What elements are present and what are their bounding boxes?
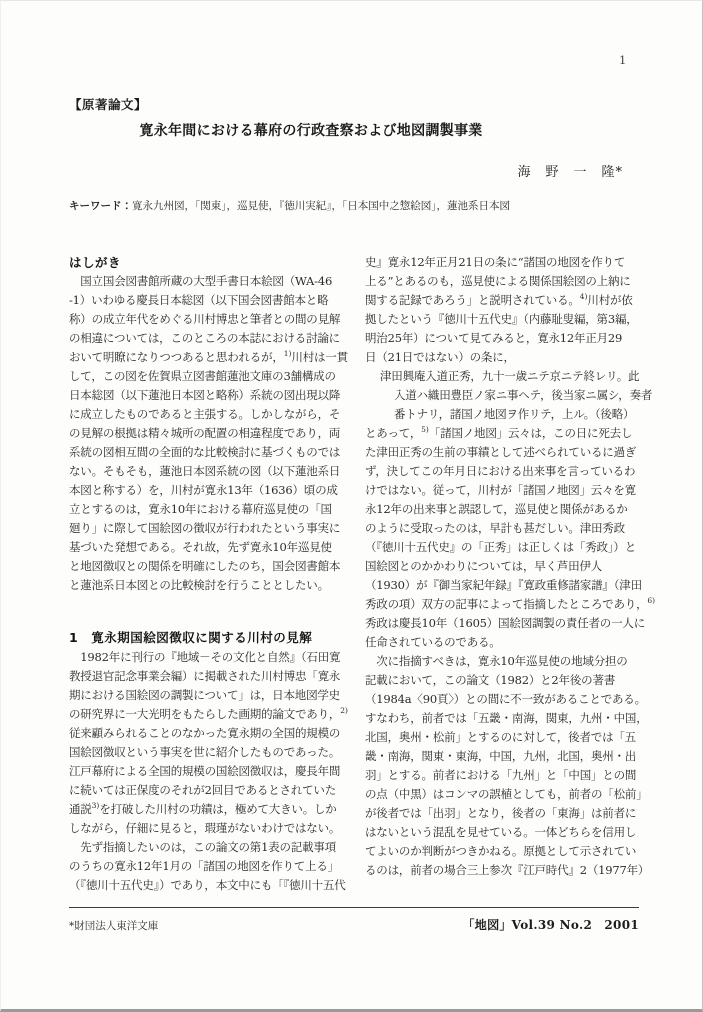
text-line: 教授退官記念事業会編）に掲載された川村博忠「寛永 <box>69 667 353 686</box>
text-line: （1930）が『御当家紀年録』『寛政重修諸家譜』（津田 <box>365 576 649 595</box>
text-line: 秀政は慶長10年（1605）国絵図調製の責任者の一人に <box>365 614 649 633</box>
text-line: 本図と称する）を，川村が寛永13年（1636）頃の成 <box>69 481 353 500</box>
footnote-marker: 1) <box>284 349 292 358</box>
text-line: 先ず指摘したいのは，この論文の第1表の記載事項 <box>69 838 353 857</box>
preface-paragraph: 国立国会図書館所蔵の大型手書日本絵図（WA‐46‐1）いわゆる慶長日本総図（以下… <box>69 272 353 595</box>
section1-paragraph-2: 先ず指摘したいのは，この論文の第1表の記載事項のうちの寛永12年1月の「諸国の地… <box>69 838 353 895</box>
text-line: 国絵図徴収という事実を世に紹介したものであった。 <box>69 743 353 762</box>
text-line: のように受取ったのは，早計も甚だしい。津田秀政 <box>365 519 649 538</box>
author-name: 海 野 一 隆* <box>1 161 623 180</box>
text-line: 称）の成立年代をめぐる川村博忠と筆者との間の見解 <box>69 310 353 329</box>
text-line: 1982年に刊行の『地域－その文化と自然』（石田寛 <box>69 648 353 667</box>
journal-citation: 「地図」Vol.39 No.2 2001 <box>462 916 639 933</box>
text-line: てよいのか判断がつきかねる。原拠として示されてい <box>365 842 649 861</box>
text-line: 期における国絵図の調製について」は，日本地図学史 <box>69 686 353 705</box>
text-line: の見解の根拠は精々城所の配置の相違程度であり，両 <box>69 424 353 443</box>
paper-title: 寛永年間における幕府の行政査察および地図調製事業 <box>1 120 621 140</box>
text-line: ず，決してこの年月日における出来事を言っているわ <box>365 462 649 481</box>
text-line: 入道ハ織田豊臣ノ家ニ事ヘテ，後当家ニ属シ，奏者 <box>365 386 649 405</box>
text-line: の相違については，このところの本誌における討論に <box>69 329 353 348</box>
footnote-marker: 2) <box>340 706 348 715</box>
right-paragraph-2: とあって，5)「諸国ノ地図」云々は，この日に死去した津田正秀の生前の事績として述… <box>365 424 649 652</box>
right-paragraph-1: 史』寛永12年正月21日の条に“諸国の地図を作りて上る”とあるのも，巡見使による… <box>365 253 649 367</box>
text-line: しながら，仔細に見ると，瑕瑾がないわけではない。 <box>69 819 353 838</box>
footnote-marker: 6) <box>647 596 655 605</box>
text-line: して，この図を佐賀県立図書館蓮池文庫の3舗構成の <box>69 367 353 386</box>
article-type-label: 【原著論文】 <box>69 95 147 113</box>
text-line: 畿・南海，関東・東海，中国，九州，北国，奥州・出 <box>365 747 649 766</box>
text-line: おいて明瞭になりつつあると思われるが，1)川村は一貫 <box>69 348 353 367</box>
text-line: 永12年の出来事と誤認して，巡見使と関係があるか <box>365 500 649 519</box>
text-line: 拠したという『徳川十五代史』（内藤耻叟編，第3編， <box>365 310 649 329</box>
footnote-marker: 5) <box>421 425 429 434</box>
text-line: 国立国会図書館所蔵の大型手書日本絵図（WA‐46 <box>69 272 353 291</box>
author-affiliation-note: *財団法人東洋文庫 <box>69 918 158 933</box>
text-line: るのは，前者の場合三上参次『江戸時代』2（1977年） <box>365 861 649 880</box>
text-line: 北国，奥州・松前」とするのに対して，後者では「五 <box>365 728 649 747</box>
right-paragraph-3: 次に指摘すべきは，寛永10年巡見使の地域分担の記載において，この論文（1982）… <box>365 652 649 880</box>
paper-page: 1 【原著論文】 寛永年間における幕府の行政査察および地図調製事業 海 野 一 … <box>0 0 703 1012</box>
text-line: 番トナリ，諸国ノ地図ヲ作リテ，上ル。（後略） <box>365 405 649 424</box>
text-line: 国絵図とのかかわりについては，早く芦田伊人 <box>365 557 649 576</box>
text-line: （『徳川十五代史』の「正秀」は正しくは「秀政」）と <box>365 538 649 557</box>
page-number: 1 <box>619 53 626 67</box>
keywords-line: キーワード：寛永九州図，「関東」，巡見使，『徳川実紀』，「日本国中之惣絵図」，蓮… <box>69 198 649 213</box>
text-line: に成立したものであると主張する。しかしながら，そ <box>69 405 353 424</box>
text-line: の点（中黒）はコンマの誤植としても，前者の「松前」 <box>365 785 649 804</box>
text-line: 江戸幕府による全国的規模の国絵図徴収は，慶長年間 <box>69 762 353 781</box>
text-line: ない。そもそも，蓮池日本図系統の図（以下蓮池系日 <box>69 462 353 481</box>
preface-heading: はしがき <box>69 253 353 272</box>
text-line: 日本総図（以下蓮池日本図と略称）系統の図出現以降 <box>69 386 353 405</box>
text-line: 任命されているのである。 <box>365 633 649 652</box>
text-line: と地図徴収との関係を明確にしたのち，国会図書館本 <box>69 557 353 576</box>
footnote-marker: 3) <box>92 801 100 810</box>
text-line: とあって，5)「諸国ノ地図」云々は，この日に死去し <box>365 424 649 443</box>
text-line: 廻り」に際して国絵図の徴収が行われたという事実に <box>69 519 353 538</box>
left-column: はしがき 国立国会図書館所蔵の大型手書日本絵図（WA‐46‐1）いわゆる慶長日本… <box>69 253 353 895</box>
footnote-marker: 4) <box>580 292 588 301</box>
text-line: 記載において，この論文（1982）と2年後の著書 <box>365 671 649 690</box>
text-line: 立とするのは，寛永10年における幕府巡見使の「国 <box>69 500 353 519</box>
text-line: 次に指摘すべきは，寛永10年巡見使の地域分担の <box>365 652 649 671</box>
section1-paragraph-1: 1982年に刊行の『地域－その文化と自然』（石田寛教授退官記念事業会編）に掲載さ… <box>69 648 353 838</box>
text-line: はないという混乱を見せている。一体どちらを信用し <box>365 823 649 842</box>
text-line: 関する記録であろう」と説明されている。4)川村が依 <box>365 291 649 310</box>
text-line: 秀政の項）双方の記事によって指摘したところであり，6) <box>365 595 649 614</box>
text-line: 従来顧みられることのなかった寛永期の全国的規模の <box>69 724 353 743</box>
text-line: すなわち，前者では「五畿・南海，関東，九州・中国， <box>365 709 649 728</box>
text-line: 津田興庵入道正秀，九十一歳ニテ京ニテ終レリ。此 <box>365 367 649 386</box>
text-line: 通説3)を打破した川村の功績は，極めて大きい。しか <box>69 800 353 819</box>
keywords-list: 寛永九州図，「関東」，巡見使，『徳川実紀』，「日本国中之惣絵図」，蓮池系日本図 <box>132 200 510 212</box>
text-line: のうちの寛永12年1月の「諸国の地図を作りて上る」 <box>69 857 353 876</box>
text-line: 史』寛永12年正月21日の条に“諸国の地図を作りて <box>365 253 649 272</box>
section1-heading: 1 寛永期国絵図徴収に関する川村の見解 <box>69 627 353 648</box>
text-line: けではない。従って，川村が「諸国ノ地図」云々を寛 <box>365 481 649 500</box>
text-line: （『徳川十五代史』）であり，本文中にも「『徳川十五代 <box>69 876 353 895</box>
text-line: の研究界に一大光明をもたらした画期的論文であり，2) <box>69 705 353 724</box>
text-line: た津田正秀の生前の事績として述べられているに過ぎ <box>365 443 649 462</box>
text-line: ‐1）いわゆる慶長日本総図（以下国会図書館本と略 <box>69 291 353 310</box>
text-line: 上る”とあるのも，巡見使による関係国絵図の上納に <box>365 272 649 291</box>
text-line: 基づいた発想である。それ故，先ず寛永10年巡見使 <box>69 538 353 557</box>
text-line: 日（21日ではない）の条に， <box>365 348 649 367</box>
text-line: 羽」とする。前者における「九州」と「中国」との間 <box>365 766 649 785</box>
text-line: （1984a〈90頁〉）との間に不一致があることである。 <box>365 690 649 709</box>
right-column: 史』寛永12年正月21日の条に“諸国の地図を作りて上る”とあるのも，巡見使による… <box>365 253 649 880</box>
block-quote: 津田興庵入道正秀，九十一歳ニテ京ニテ終レリ。此入道ハ織田豊臣ノ家ニ事ヘテ，後当家… <box>365 367 649 424</box>
text-line: に続いては正保度のそれが2回目であるとされていた <box>69 781 353 800</box>
text-line: 系統の図相互間の全面的な比較検討に基づくものでは <box>69 443 353 462</box>
footer-divider <box>69 907 639 908</box>
keywords-label: キーワード： <box>69 200 132 212</box>
text-line: と蓮池系日本図との比較検討を行うこととしたい。 <box>69 576 353 595</box>
text-line: が後者では「出羽」となり，後者の「東海」は前者に <box>365 804 649 823</box>
text-line: 明治25年）について見てみると，寛永12年正月29 <box>365 329 649 348</box>
footer: *財団法人東洋文庫 「地図」Vol.39 No.2 2001 <box>69 916 639 933</box>
